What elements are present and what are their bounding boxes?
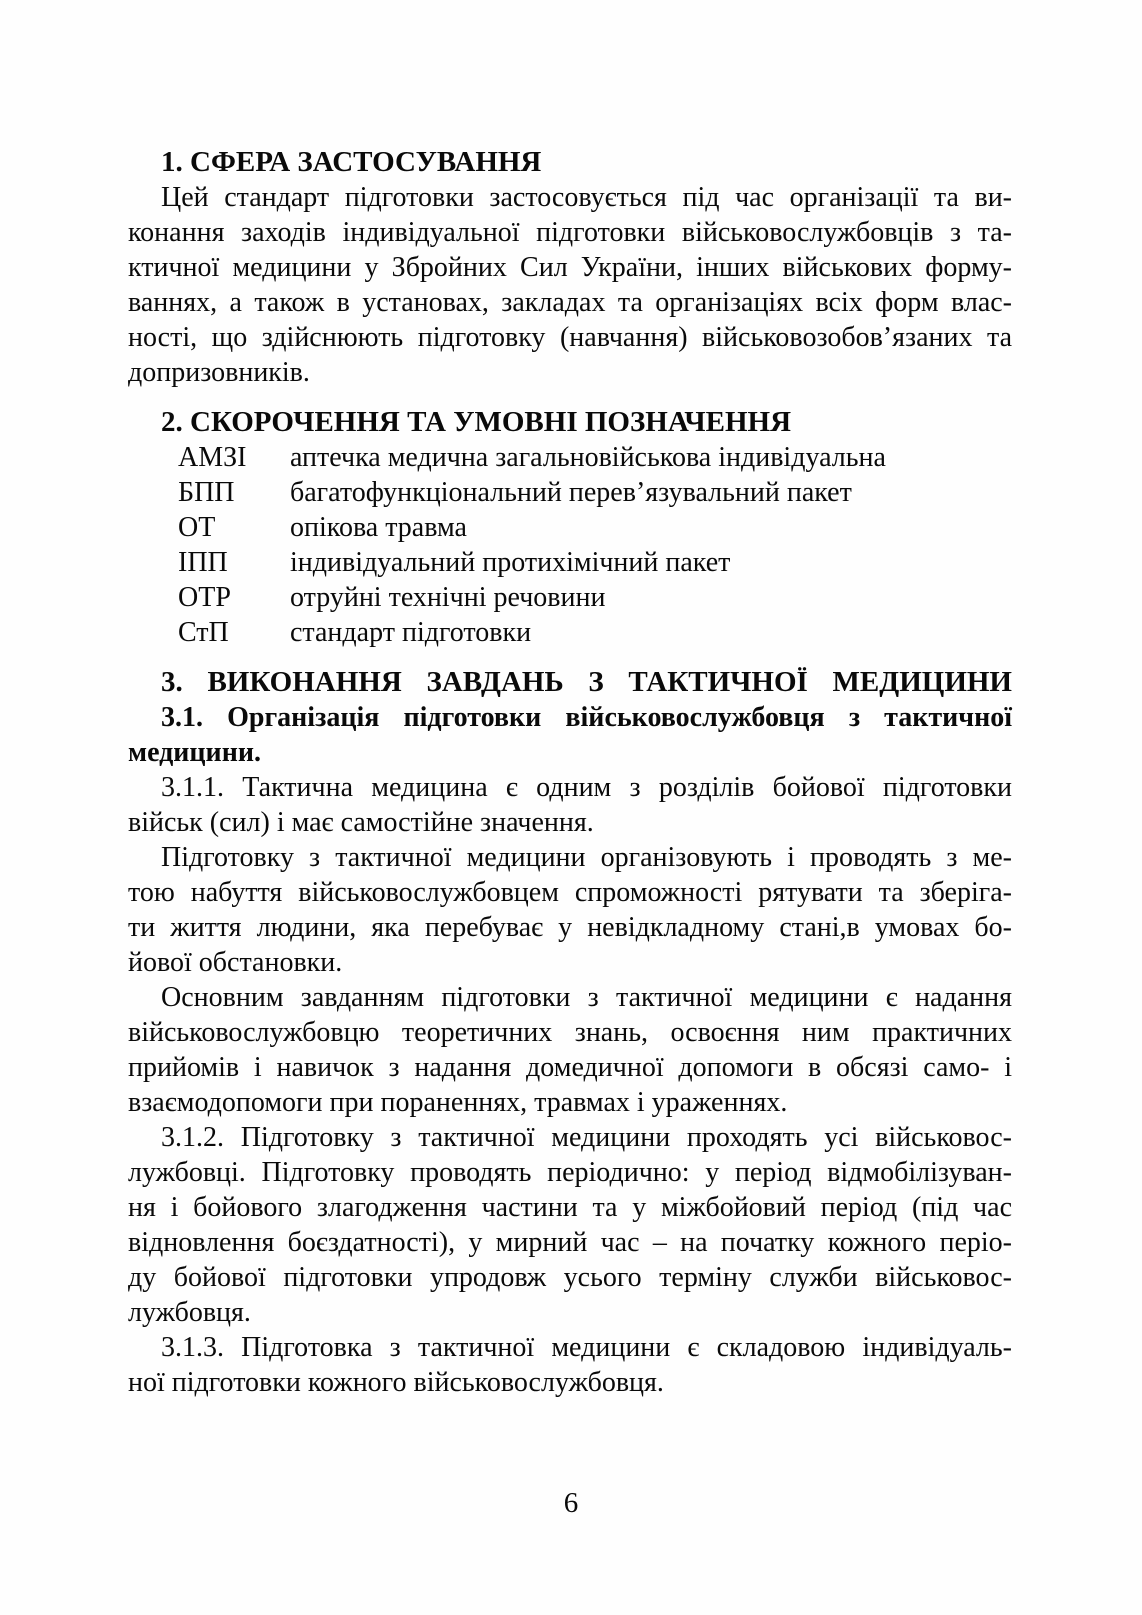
abbreviation-term: ОТР	[178, 580, 290, 615]
paragraph-line: 3.1. Організація підготовки військовослу…	[128, 700, 1012, 735]
paragraph-line: 3.1.3. Підготовка з тактичної медицини є…	[128, 1330, 1012, 1365]
abbreviation-term: ОТ	[178, 510, 290, 545]
paragraph-line: конання заходів індивідуальної підготовк…	[128, 215, 1012, 250]
abbreviation-definition: індивідуальний протихімічний пакет	[290, 547, 730, 578]
paragraph-line: йової обстановки.	[128, 945, 1012, 980]
paragraph-line: Підготовку з тактичної медицини організо…	[128, 840, 1012, 875]
paragraph-line: ваннях, а також в установах, закладах та…	[128, 285, 1012, 320]
paragraph-line: Основним завданням підготовки з тактично…	[128, 980, 1012, 1015]
paragraph-line: допризовників.	[128, 355, 1012, 390]
abbreviation-definition: отруйні технічні речовини	[290, 582, 605, 613]
abbreviation-term: БПП	[178, 475, 290, 510]
section-3-heading: 3. ВИКОНАННЯ ЗАВДАНЬ З ТАКТИЧНОЇ МЕДИЦИН…	[128, 664, 1012, 700]
paragraph-line: ду бойової підготовки упродовж усього те…	[128, 1260, 1012, 1295]
paragraph-line: прийомів і навичок з надання домедичної …	[128, 1050, 1012, 1085]
paragraph-line: військовослужбовцю теоретичних знань, ос…	[128, 1015, 1012, 1050]
paragraph-line: 3.1.1. Тактична медицина є одним з розді…	[128, 770, 1012, 805]
abbreviation-row: СтПстандарт підготовки	[178, 615, 1012, 650]
paragraph-line: ти життя людини, яка перебуває у невідкл…	[128, 910, 1012, 945]
abbreviation-row: ОТРотруйні технічні речовини	[178, 580, 1012, 615]
section-1-heading: 1. СФЕРА ЗАСТОСУВАННЯ	[128, 144, 1012, 180]
abbreviation-row: АМЗІаптечка медична загальновійськова ін…	[178, 440, 1012, 475]
paragraph-line: взаємодопомоги при пораненнях, травмах і…	[128, 1085, 1012, 1120]
paragraph-line: 3.1.2. Підготовку з тактичної медицини п…	[128, 1120, 1012, 1155]
paragraph-line: військ (сил) і має самостійне значення.	[128, 805, 1012, 840]
document-body: 1. СФЕРА ЗАСТОСУВАННЯ Цей стандарт підго…	[128, 144, 1012, 1400]
abbreviation-term: СтП	[178, 615, 290, 650]
abbreviation-list: АМЗІаптечка медична загальновійськова ін…	[128, 440, 1012, 650]
section-2-heading: 2. СКОРОЧЕННЯ ТА УМОВНІ ПОЗНАЧЕННЯ	[128, 404, 1012, 440]
section-1-paragraph: Цей стандарт підготовки застосовується п…	[128, 180, 1012, 390]
abbreviation-definition: багатофункціональний перев’язувальний па…	[290, 477, 852, 508]
abbreviation-row: ІППіндивідуальний протихімічний пакет	[178, 545, 1012, 580]
clause-3-1-1-paragraph: 3.1.1. Тактична медицина є одним з розді…	[128, 770, 1012, 840]
abbreviation-row: ОТопікова травма	[178, 510, 1012, 545]
paragraph-line: ктичної медицини у Збройних Сил України,…	[128, 250, 1012, 285]
paragraph-line: Цей стандарт підготовки застосовується п…	[128, 180, 1012, 215]
abbreviation-row: БППбагатофункціональний перев’язувальний…	[178, 475, 1012, 510]
main-task-paragraph: Основним завданням підготовки з тактично…	[128, 980, 1012, 1120]
abbreviation-definition: стандарт підготовки	[290, 617, 531, 648]
paragraph-line: ності, що здійснюють підготовку (навчанн…	[128, 320, 1012, 355]
clause-3-1-paragraph: 3.1. Організація підготовки військовослу…	[128, 700, 1012, 770]
paragraph-line: ня і бойового злагодження частини та у м…	[128, 1190, 1012, 1225]
abbreviation-term: АМЗІ	[178, 440, 290, 475]
paragraph-line: ної підготовки кожного військовослужбовц…	[128, 1365, 1012, 1400]
abbreviation-definition: опікова травма	[290, 512, 467, 543]
clause-3-1-2-paragraph: 3.1.2. Підготовку з тактичної медицини п…	[128, 1120, 1012, 1330]
abbreviation-term: ІПП	[178, 545, 290, 580]
paragraph-line: лужбовці. Підготовку проводять періодичн…	[128, 1155, 1012, 1190]
scanned-document-page: 1. СФЕРА ЗАСТОСУВАННЯ Цей стандарт підго…	[0, 0, 1142, 1615]
paragraph-line: медицини.	[128, 735, 1012, 770]
paragraph-line: відновлення боєздатності), у мирний час …	[128, 1225, 1012, 1260]
clause-3-1-3-paragraph: 3.1.3. Підготовка з тактичної медицини є…	[128, 1330, 1012, 1400]
abbreviation-definition: аптечка медична загальновійськова індиві…	[290, 442, 886, 473]
training-goal-paragraph: Підготовку з тактичної медицини організо…	[128, 840, 1012, 980]
paragraph-line: лужбовця.	[128, 1295, 1012, 1330]
paragraph-line: тою набуття військовослужбовцем спроможн…	[128, 875, 1012, 910]
page-number: 6	[0, 1486, 1142, 1520]
